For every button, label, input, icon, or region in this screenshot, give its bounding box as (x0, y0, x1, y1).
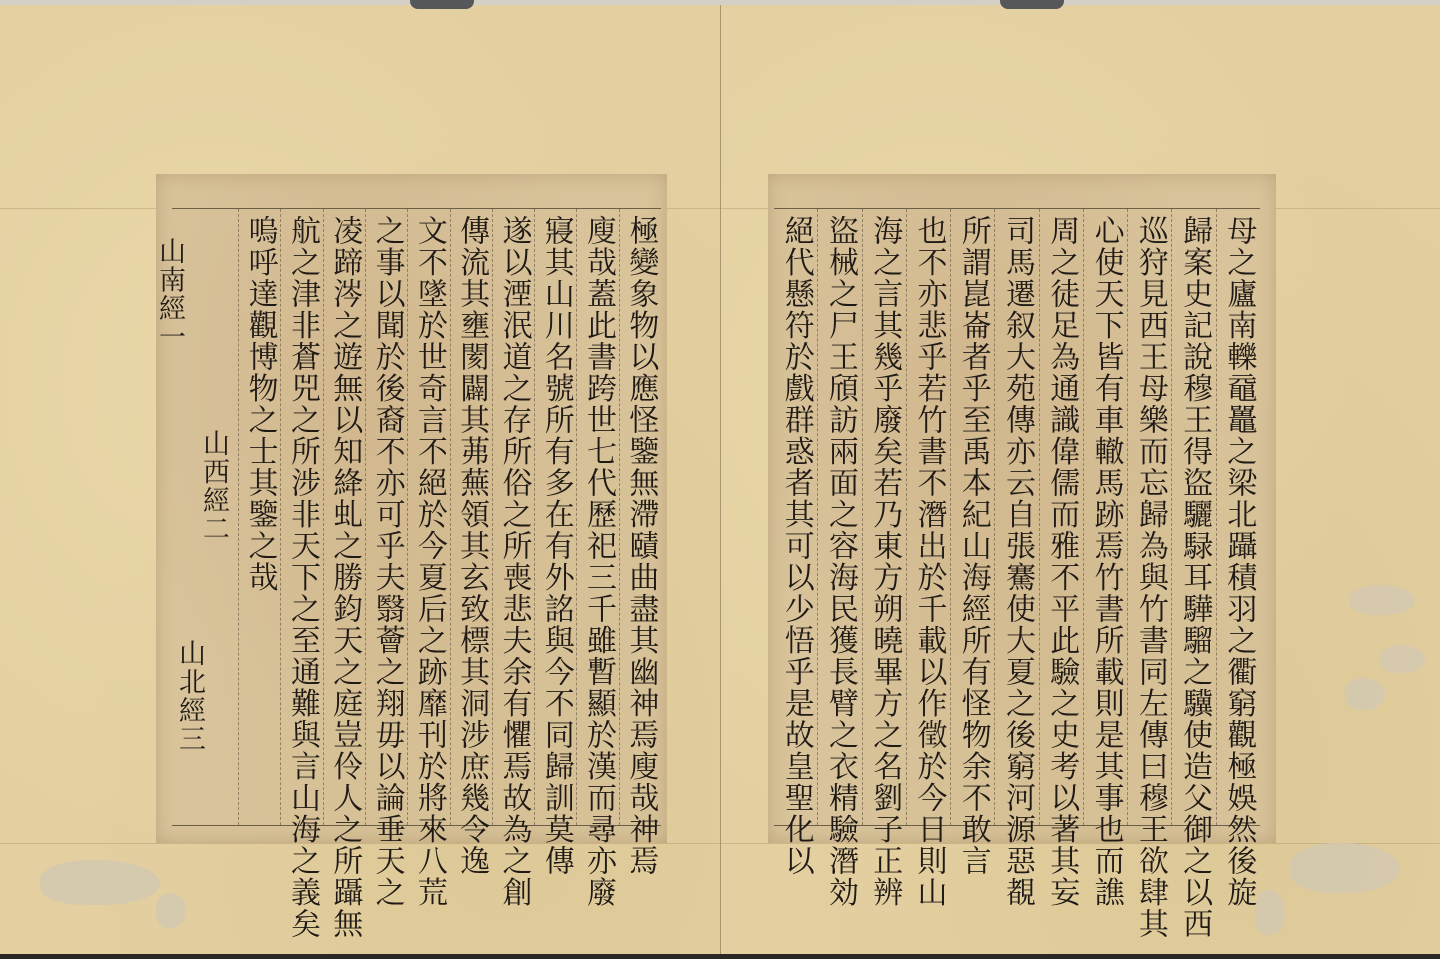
text-column: 所謂崑崙者乎至禹本紀山海經所有怪物余不敢言 (950, 209, 994, 825)
water-stain (1345, 678, 1385, 710)
contents-column: 山南經一 山西經二 山北經三 (172, 209, 238, 825)
water-stain (1255, 890, 1285, 935)
text-column: 母之廬南轢黿鼉之梁北躡積羽之衢窮觀極娛然後旋 (1216, 209, 1260, 825)
text-column: 遂以湮泯道之存所俗之所喪悲夫余有懼焉故為之創 (492, 209, 534, 825)
text-column: 心使天下皆有車轍馬跡焉竹書所載則是其事也而譙 (1083, 209, 1127, 825)
mount-clip-right (1000, 0, 1064, 9)
text-column: 極變象物以應怪鑒無滯賾曲盡其幽神焉廋哉神焉 (619, 209, 661, 825)
text-column: 海之言其幾乎廢矣若乃東方朔曉畢方之名劉子正辨 (862, 209, 906, 825)
text-column: 之事以聞於後裔不亦可乎夫翳薈之翔毋以論垂天之 (365, 209, 407, 825)
text-column: 盜械之尸王頎訪兩面之容海民獲長臂之衣精驗潛効 (817, 209, 861, 825)
text-column: 巡狩見西王母樂而忘歸為與竹書同左傳曰穆王欲肆其 (1127, 209, 1171, 825)
contents-entry-1: 山南經一 (150, 237, 188, 351)
ruled-frame: 母之廬南轢黿鼉之梁北躡積羽之衢窮觀極娛然後旋 歸案史記說穆王得盜驪騄耳驊騮之驥使… (774, 208, 1260, 826)
text-columns: 母之廬南轢黿鼉之梁北躡積羽之衢窮觀極娛然後旋 歸案史記說穆王得盜驪騄耳驊騮之驥使… (774, 209, 1260, 825)
text-column: 司馬遷叙大苑傳亦云自張騫使大夏之後窮河源惡覩 (994, 209, 1038, 825)
water-stain (40, 860, 160, 905)
text-column: 寢其山川名號所有多在有外詺與今不同歸訓莫傳 (534, 209, 576, 825)
text-column: 廋哉蓋此書跨世七代歷祀三千雖暫顯於漢而尋亦廢 (576, 209, 618, 825)
text-column: 歸案史記說穆王得盜驪騄耳驊騮之驥使造父御之以西 (1171, 209, 1215, 825)
text-column: 周之徒足為通識偉儒而雅不平此驗之史考以著其妄 (1039, 209, 1083, 825)
water-stain (1380, 645, 1425, 673)
text-column: 凌蹄涔之遊無以知絳虬之勝鈞天之庭豈伶人之所躡無 (323, 209, 365, 825)
water-stain (1350, 585, 1415, 615)
bottom-edge (0, 954, 1440, 959)
manuscript-page-left: 極變象物以應怪鑒無滯賾曲盡其幽神焉廋哉神焉 廋哉蓋此書跨世七代歷祀三千雖暫顯於漢… (156, 174, 667, 843)
center-fold (720, 0, 721, 959)
manuscript-page-right: 母之廬南轢黿鼉之梁北躡積羽之衢窮觀極娛然後旋 歸案史記說穆王得盜驪騄耳驊騮之驥使… (768, 174, 1276, 843)
water-stain (156, 893, 186, 928)
text-column: 絕代懸符於戲群惑者其可以少悟乎是故皇聖化以 (774, 209, 817, 825)
text-column: 傳流其壅閡闢其茀蕪領其玄致標其洞涉庶幾令逸 (450, 209, 492, 825)
ruled-frame: 極變象物以應怪鑒無滯賾曲盡其幽神焉廋哉神焉 廋哉蓋此書跨世七代歷祀三千雖暫顯於漢… (172, 208, 661, 826)
top-edge (0, 0, 1440, 5)
text-column: 文不墜於世奇言不絕於今夏后之跡靡刊於將來八荒 (407, 209, 449, 825)
water-stain (1290, 843, 1400, 893)
mount-clip-left (410, 0, 474, 9)
text-column: 航之津非蒼兕之所涉非天下之至通難與言山海之義矣 (280, 209, 322, 825)
contents-entry-2: 山西經二 (194, 429, 232, 543)
text-column: 也不亦悲乎若竹書不潛出於千載以作徵於今日則山 (906, 209, 950, 825)
text-columns: 極變象物以應怪鑒無滯賾曲盡其幽神焉廋哉神焉 廋哉蓋此書跨世七代歷祀三千雖暫顯於漢… (172, 209, 661, 825)
contents-entry-3: 山北經三 (170, 639, 208, 753)
text-column: 嗚呼達觀博物之士其鑒之哉 (238, 209, 280, 825)
